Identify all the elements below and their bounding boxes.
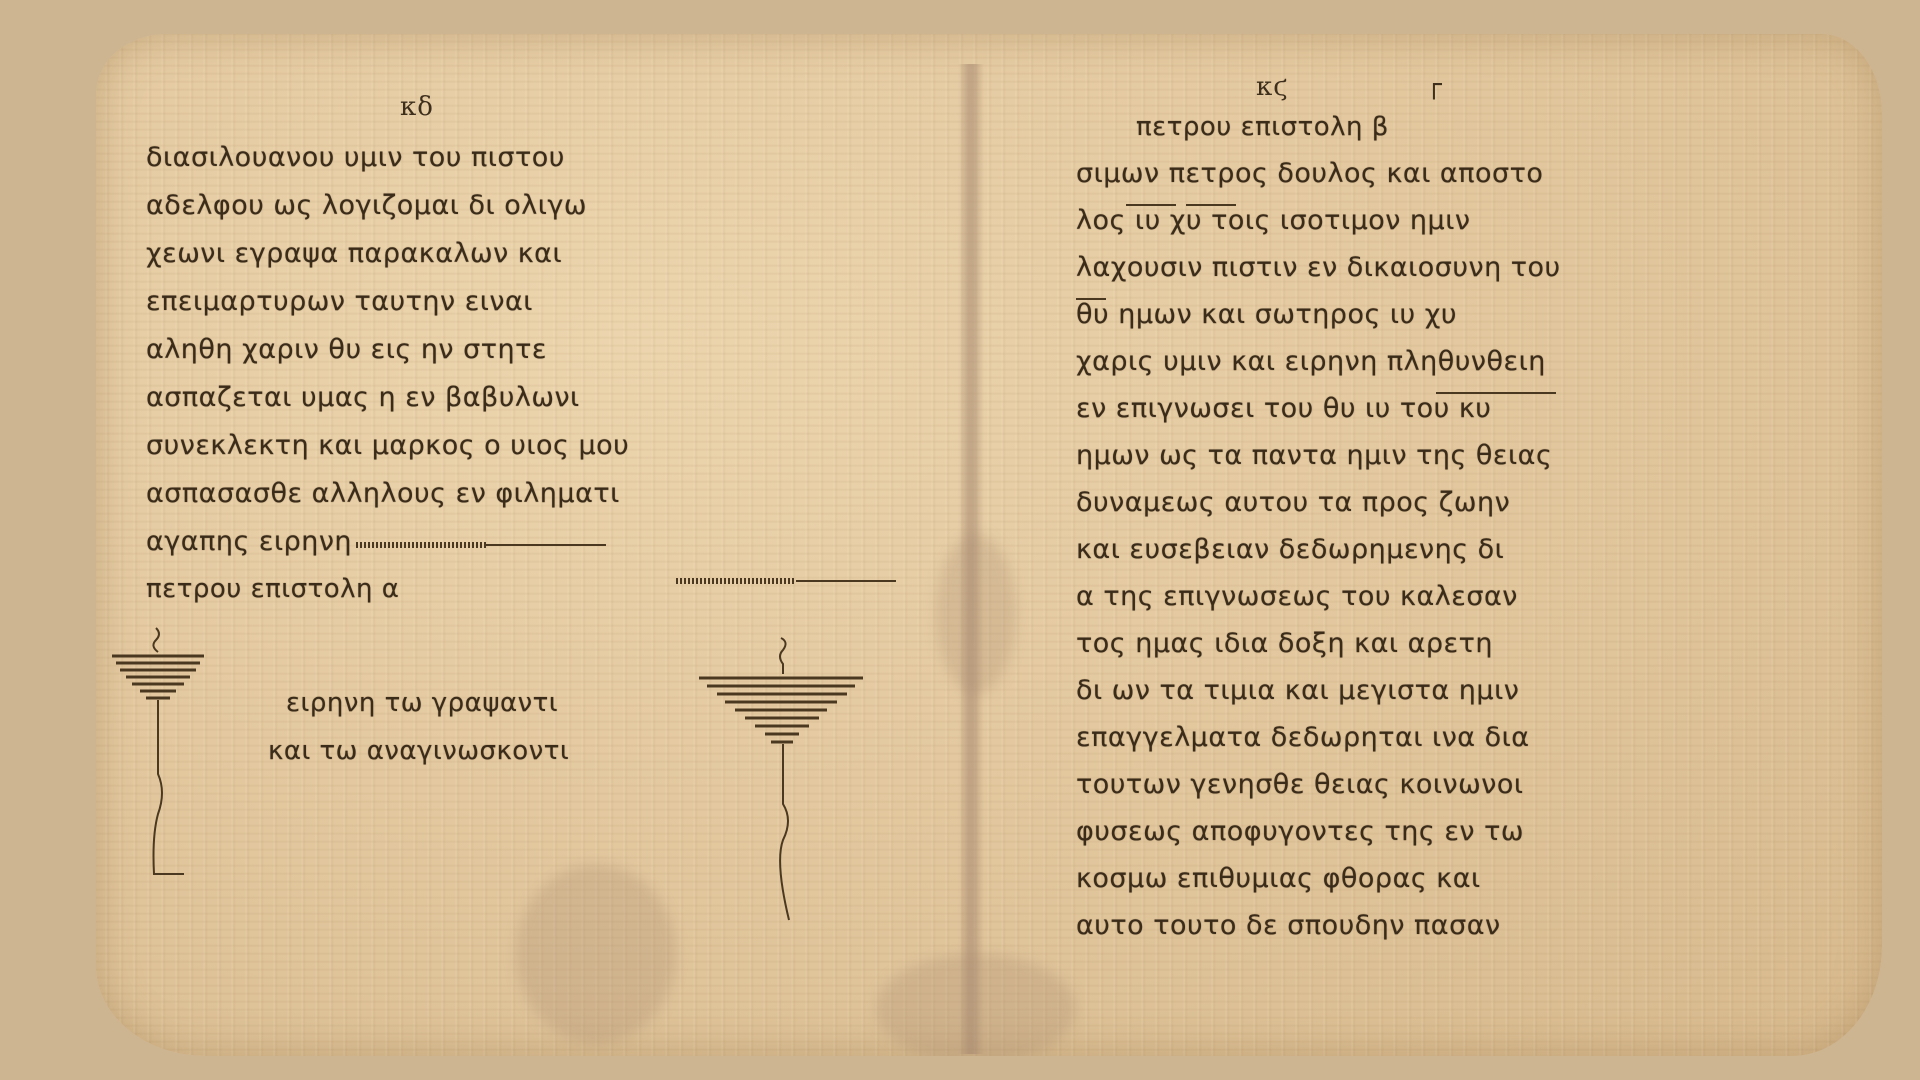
nomen-sacrum-overline [1186, 204, 1236, 206]
subscription-title: πετρου επιστολη α [146, 574, 399, 604]
text-line: και ευσεβειαν δεδωρημενης δι [1076, 534, 1504, 565]
hanging-lamp-left-icon [104, 624, 214, 894]
text-line: ημων ως τα παντα ημιν της θειας [1076, 440, 1552, 471]
text-line: επαγγελματα δεδωρηται ινα δια [1076, 722, 1530, 753]
text-line: αδελφου ως λογιζομαι δι ολιγω [146, 190, 587, 221]
text-line: χεωνι εγραψα παρακαλων και [146, 238, 562, 269]
ornamental-dashes [356, 542, 486, 548]
text-line: δυναμεως αυτου τα προς ζωην [1076, 487, 1510, 518]
text-line: λαχουσιν πιστιν εν δικαιοσυνη του [1076, 252, 1561, 283]
text-line: χαρις υμιν και ειρηνη πληθυνθειη [1076, 346, 1546, 377]
margin-mark: ┌ [1426, 70, 1442, 100]
page-number: κδ [400, 92, 434, 122]
nomen-sacrum-overline [1076, 298, 1106, 300]
text-line: εν επιγνωσει του θυ ιυ του κυ [1076, 393, 1491, 424]
ornamental-dashes [676, 578, 796, 584]
hanging-lamp-right-icon [691, 634, 871, 924]
left-page: κδ διασιλουανου υμιν του πιστου αδελφου … [136, 34, 936, 1056]
text-line: ασπαζεται υμας η εν βαβυλωνι [146, 382, 580, 413]
papyrus-sheet: κδ διασιλουανου υμιν του πιστου αδελφου … [96, 34, 1882, 1056]
nomen-sacrum-overline [1436, 392, 1556, 394]
colophon-line: ειρηνη τω γραψαντι [286, 688, 558, 718]
page-number: κϛ [1256, 72, 1289, 102]
text-line: φυσεως αποφυγοντες της εν τω [1076, 816, 1524, 847]
text-line: διασιλουανου υμιν του πιστου [146, 142, 565, 173]
right-page: κϛ ┌ πετρου επιστολη β σιμων πετρος δουλ… [1036, 34, 1856, 1056]
text-line: θυ ημων και σωτηρος ιυ χυ [1076, 299, 1457, 330]
text-line: αυτο τουτο δε σπουδην πασαν [1076, 910, 1501, 941]
text-line: λος ιυ χυ τοις ισοτιμον ημιν [1076, 205, 1470, 236]
text-line: τουτων γενησθε θειας κοινωνοι [1076, 769, 1523, 800]
text-line: επειμαρτυρων ταυτην ειναι [146, 286, 533, 317]
text-line: αληθη χαριν θυ εις ην στητε [146, 334, 547, 365]
center-fold [958, 64, 984, 1054]
text-line: δι ων τα τιμια και μεγιστα ημιν [1076, 675, 1519, 706]
text-line: σιμων πετρος δουλος και αποστο [1076, 158, 1543, 189]
epistle-title: πετρου επιστολη β [1136, 112, 1389, 142]
text-line: α της επιγνωσεως του καλεσαν [1076, 581, 1518, 612]
ornamental-line [486, 544, 606, 546]
text-line: ασπασασθε αλληλους εν φιληματι [146, 478, 620, 509]
text-line: κοσμω επιθυμιας φθορας και [1076, 863, 1481, 894]
nomen-sacrum-overline [1126, 204, 1176, 206]
colophon-line: και τω αναγινωσκοντι [268, 736, 569, 766]
text-line: αγαπης ειρηνη [146, 526, 352, 557]
ornamental-line [796, 580, 896, 582]
text-line: τος ημας ιδια δοξη και αρετη [1076, 628, 1493, 659]
text-line: συνεκλεκτη και μαρκος ο υιος μου [146, 430, 629, 461]
